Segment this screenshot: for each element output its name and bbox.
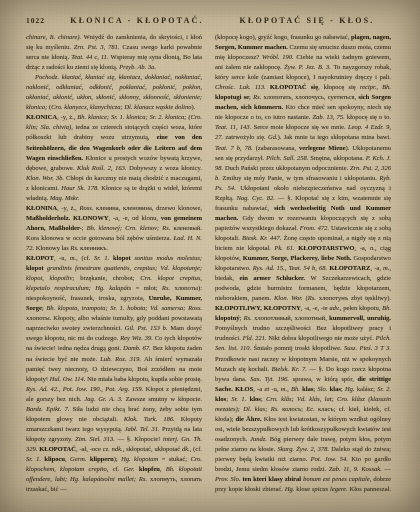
paragraph: (kłopocę kogo), gryźć kogo, frasunku go … — [215, 33, 391, 495]
text-run: = młot; — [136, 285, 162, 292]
text-run: ). — [191, 104, 195, 111]
header-right-title: KŁOPOTAĆ SIĘ - KŁOS. — [222, 16, 392, 25]
text-run: , -y, ż., — [57, 114, 77, 121]
text-run: adv. — [329, 305, 340, 312]
text-run: , -ał, -oce — [76, 446, 103, 453]
text-run: Rys. Ad. 42., Pot. Jow. 190., Pot. Arg. … — [26, 386, 146, 393]
page-number: 1022 — [26, 16, 52, 25]
text-run: die Ähre. — [236, 416, 264, 423]
text-run: KŁOPOTAĆ się — [270, 84, 318, 91]
page-body: 1022 KŁONICA - KŁOPOTAĆ. KŁOPOTAĆ SIĘ - … — [26, 16, 392, 498]
text-run: KŁOPOTARZ — [329, 265, 370, 272]
paragraph: Pochodz. kłaniać, kłaniać się, kłaniacz,… — [26, 73, 202, 113]
text-run: Ross. — [79, 205, 96, 212]
text-run: Rs. — [244, 315, 254, 322]
text-run: Teat. 11, 143. — [215, 124, 254, 131]
text-run: , (cf. — [190, 446, 202, 453]
text-run: Bh. klopota, trampota; Sr. 1. hobota; Vd… — [46, 305, 202, 312]
text-run: brzękanie, chrobot; — [80, 275, 140, 282]
text-run: , (cf. — [76, 255, 94, 262]
text-run: Rey Wiz. 39. — [120, 335, 155, 342]
text-run: Zim. Siel. 313. — [75, 436, 117, 443]
text-run: recipr. — [360, 84, 377, 91]
text-run: Bh. — [291, 386, 302, 393]
text-run: Kummer, Sorge, Plackerey, liebe Noth. — [243, 255, 354, 262]
text-run: , -u, — [54, 255, 70, 262]
text-run: Duch Pański przez ukłopotanym odpocznien… — [225, 165, 350, 172]
text-run: хлопотливый, хлопотный, — [254, 315, 329, 322]
text-run: Rys. Ad. 15., Teat. 54 b, 68. — [253, 265, 330, 272]
text-run: Mag. Mskr. — [50, 195, 79, 202]
text-run: ein armer Schlucker. — [240, 275, 311, 282]
text-run: Lub. Roz. 319. — [100, 356, 144, 363]
text-run: Pot. Jow. 54. — [311, 456, 352, 463]
text-run: klopotugi se — [215, 94, 249, 101]
text-run: klipocu — [44, 456, 65, 463]
text-run: (kłopocę kogo), gryźć kogo, frasunku go … — [215, 34, 351, 41]
text-run: , -a, — [355, 245, 371, 252]
text-run: Zmiłuy się móy Panie, w tym sfrasowaniu … — [222, 175, 379, 182]
text-run: ten kterí klasy zbiral — [242, 476, 303, 483]
text-run: klas — [330, 386, 341, 393]
scanned-page: 1022 KŁONICA - KŁOPOTAĆ. KŁOPOTAĆ SIĘ - … — [0, 0, 420, 512]
running-header: 1022 KŁONICA - KŁOPOTAĆ. KŁOPOTAĆ SIĘ - … — [26, 16, 392, 29]
text-run: chinare, It. chinare). — [26, 34, 84, 41]
text-run: Żyw. P. Jez. B. 3. — [284, 64, 333, 71]
text-run: Gil. Pst. 153 b. — [125, 325, 171, 332]
text-run: zatrwożyło się. — [226, 134, 268, 141]
text-run: Pilch. Sall. 258. — [266, 155, 310, 162]
text-run: interj. — [163, 436, 181, 443]
text-run: Bh. klenowý; Crn. klenov; Rs. — [87, 225, 174, 232]
text-run: Pk. 61. — [274, 245, 298, 252]
text-run: Klon. Wor. — [274, 295, 306, 302]
text-run: From. 472. — [300, 225, 331, 232]
text-run: klos — [250, 396, 261, 403]
text-run: Rs. — [70, 245, 80, 252]
text-run: Maßholderholz. KLONOWY — [26, 215, 109, 222]
paragraph: chinare, It. chinare). Wniydź do zamknie… — [26, 33, 202, 73]
text-run: Damb. 67. — [123, 345, 153, 352]
text-run: KŁONINA — [26, 205, 57, 212]
text-run: klopot — [113, 255, 134, 262]
text-run: Cro. klanyecz, klanychicza; Dl. klanacz … — [51, 104, 191, 111]
text-columns: chinare, It. chinare). Wniydź do zamknie… — [26, 33, 392, 495]
text-run: KŁOPOTARSTWO — [298, 245, 354, 252]
text-run: Wróbl. 190. — [262, 54, 296, 61]
text-run: Zrn. Pst. 3, 781. — [74, 44, 123, 51]
text-run: Przyb. Ab. 3a. — [119, 64, 156, 71]
text-run: klopotný — [215, 315, 240, 322]
text-run: Hg. — [285, 486, 296, 493]
text-run: klopfen — [139, 466, 160, 473]
text-run: , kłopocę się — [318, 84, 360, 91]
text-run: — — [385, 466, 392, 473]
text-run: , skłopotać, ukłopotać — [123, 446, 182, 453]
text-run: Kluk Rośl. 2, 163. — [77, 165, 129, 172]
text-run: ); — [114, 456, 121, 463]
text-run: Prov. Slo. — [215, 476, 242, 483]
text-run: Zab. 13, 75. — [313, 114, 347, 121]
paragraph: KŁONICA, -y, ż., Bh. klanice; Sr. 1. klo… — [26, 113, 202, 203]
header-left-title: KŁONICA - KŁOPOTAĆ. — [52, 16, 222, 25]
text-run: Nie miała baba kłopotu, kupiła sobie pro… — [87, 376, 202, 383]
text-run: klippern — [90, 456, 114, 463]
text-run: Hul. Ow. 114. — [50, 376, 87, 383]
text-run: , pełen kłopotu, — [340, 305, 382, 312]
text-run: verlegene Miene — [299, 145, 346, 152]
text-run: Jabł. Tel. 31. — [125, 426, 162, 433]
text-run: (zabarasowana, — [256, 145, 299, 152]
text-run: = stukać; — [162, 456, 191, 463]
text-run: klose — [296, 486, 312, 493]
text-run: Nikt dobra kłopotliwego nie może użyć. — [268, 335, 375, 342]
text-run: Gd. — [268, 134, 278, 141]
text-run: Skarg. Żyw. 2, 378. — [278, 446, 332, 453]
text-run: Sr. 1. — [94, 255, 113, 262]
text-run: ). Jak mnie ta iego skłopotana mina bawi… — [278, 134, 391, 141]
text-run: Slo. — [317, 386, 329, 393]
text-run: sprawa, w którą spór, — [293, 376, 358, 383]
text-run: Ger. — [124, 466, 139, 473]
text-run: KŁOPOT — [26, 255, 54, 262]
text-run: Śmiało pomnij troski kłopotliwe. — [254, 345, 344, 352]
text-run: Chrośc. Luk. 113. — [215, 84, 270, 91]
text-run: , -y, ż., — [57, 205, 79, 212]
text-run: колосъ; — [282, 406, 306, 413]
text-run: cf. — [113, 466, 124, 473]
text-run: Teat. 44 c, 11. — [71, 54, 110, 61]
text-run: Haur Sk. 178. — [61, 185, 101, 192]
text-run: . Kłos panneszał. — [346, 486, 391, 493]
text-run: хлопотать, хлопочусь, суетиться, — [263, 94, 358, 101]
text-run: kummervoll, unruhig. — [329, 315, 391, 322]
text-run: klopot — [26, 265, 47, 272]
text-run: Teat. 7 b, 78. — [215, 145, 256, 152]
text-run: Zawsze smutny w kłopocie. — [126, 396, 202, 403]
text-run: Dobywszy z woza kłonicy. — [129, 165, 202, 172]
text-run: Jundz. — [250, 436, 270, 443]
text-run: kalász; — [357, 386, 377, 393]
text-run: Smętna, ukłopotana. — [310, 155, 365, 162]
text-run: Kłok. Turk. 186. — [124, 416, 181, 423]
text-run: spicas legere — [312, 486, 346, 493]
text-run: , -a, -e, -ie — [301, 305, 330, 312]
text-run: KŁONICA — [26, 114, 57, 121]
text-run: kłopocę się o to. — [347, 114, 391, 121]
text-run: Ec. — [306, 406, 318, 413]
text-run: Serce moie kłopocze się we mnie. — [254, 124, 348, 131]
text-run: klas — [302, 386, 313, 393]
text-run: KŁOPOTAĆ — [39, 446, 76, 453]
text-run: KŁOS — [235, 386, 253, 393]
text-run: , -a, -e, od klonu, — [109, 215, 161, 222]
text-run: , -a, — [370, 265, 383, 272]
text-run: Sr. 2. — [377, 386, 391, 393]
text-run: Sax. Tyt. 196. — [250, 376, 293, 383]
paragraph: KŁOPOT, -u, m., (cf. Sr. 1. klopot sonit… — [26, 254, 202, 495]
text-run: Bh. — [382, 305, 391, 312]
text-run: cz. ndk. — [103, 446, 123, 453]
text-run: sonitus modus molestus; — [134, 255, 202, 262]
paragraph: KŁONINA, -y, ż., Ross. кленина, кленовин… — [26, 204, 202, 254]
text-run: Bh. — [382, 84, 391, 91]
text-run: Sr. 1. — [26, 456, 44, 463]
text-run: хлопотунъ zbyt tęskliwy). — [319, 295, 391, 302]
text-run: кленникъ. — [80, 245, 108, 252]
text-run: Nag. Cyc. 82. — [237, 195, 278, 202]
text-run: Klon. Wor. 3b. — [26, 175, 66, 182]
text-run: Susz. Pieś. 3 T 3. — [344, 345, 391, 352]
text-run: Sr. 1. — [231, 396, 249, 403]
text-run: Rs. — [162, 285, 175, 292]
text-run: KŁOPOTLIWY, KŁOPOTNY — [215, 305, 301, 312]
text-run: Hg. — [345, 386, 357, 393]
text-run: Bardz. Epikt. 7. — [26, 406, 73, 413]
text-run: Fld. 221. — [243, 335, 269, 342]
text-run: Rs. — [308, 295, 319, 302]
text-run: — §. Kłopocie! — [118, 436, 163, 443]
text-run: -u, — [271, 386, 280, 393]
text-run: кленина, кленовина, drzewo klonowe, — [96, 205, 202, 212]
text-run: dk. — [182, 446, 190, 453]
text-run: Bielsk. Kr. 7. — [272, 366, 310, 373]
text-run: klos — [215, 396, 226, 403]
text-run: , -a — [253, 386, 264, 393]
left-column: chinare, It. chinare). Wniydź do zamknie… — [26, 33, 202, 495]
right-column: (kłopocę kogo), gryźć kogo, frasunku go … — [215, 33, 391, 495]
text-run: Zab. 11, 9. Kossak. — [329, 466, 385, 473]
text-run: Rs. — [253, 94, 263, 101]
text-run: Biesk. Kr. 447. — [242, 235, 284, 242]
text-run: Klonowy las — [36, 245, 71, 252]
text-run: Hg. klopotam — [121, 456, 162, 463]
text-run: bonum est penes capitale — [303, 476, 370, 483]
text-run: Jag. Gr. A. 3. — [84, 396, 125, 403]
text-run: Germ. — [70, 456, 90, 463]
